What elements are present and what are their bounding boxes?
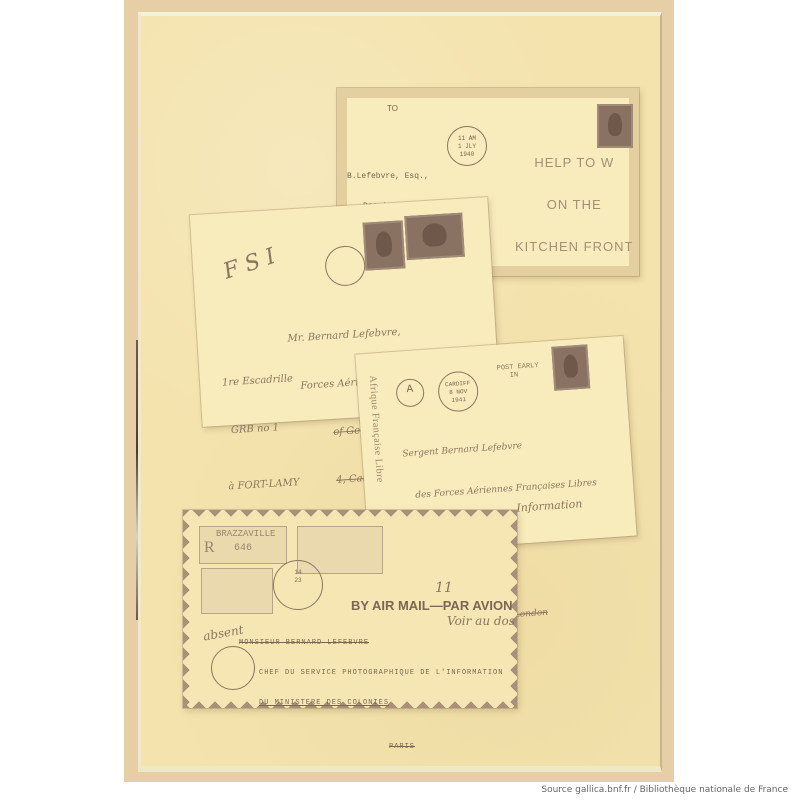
fsi-annotation: F S I	[220, 244, 278, 285]
address-line: Mr. Bernard Lefebvre,	[287, 320, 482, 348]
registration-label: R BRAZZAVILLE 646	[199, 526, 287, 564]
note-line: 1re Escadrille	[222, 371, 294, 391]
cardiff-postmark: CARDIFF8 NOV1941	[437, 370, 480, 413]
number-note: 11	[435, 580, 453, 596]
george-vi-stamp	[597, 104, 633, 148]
slogan-line-3: KITCHEN FRONT	[515, 240, 633, 254]
address-line: DU MINISTERE DES COLONIES	[239, 698, 503, 708]
address-line: B.Lefebvre, Esq.,	[347, 172, 485, 182]
address-line: MONSIEUR BERNARD LEFEBVRE	[239, 638, 503, 648]
air-mail-banner: BY AIR MAIL—PAR AVION	[351, 598, 513, 613]
george-vi-stamp	[363, 220, 406, 270]
voir-au-dos-note: Voir au dos	[447, 614, 515, 628]
registration-city: BRAZZAVILLE	[216, 529, 275, 539]
postmark	[211, 646, 255, 690]
envelope-air-mail: R BRAZZAVILLE 646 14 23 11 BY AIR MAIL—P…	[183, 510, 517, 708]
registration-number: 646	[234, 543, 252, 554]
to-label: TO	[387, 104, 398, 113]
postmark-day: 23	[274, 577, 322, 585]
slogan-line-1: HELP TO W	[515, 156, 633, 170]
postmark-date: 1 JLY	[448, 143, 486, 151]
typed-address: MONSIEUR BERNARD LEFEBVRE CHEF DU SERVIC…	[239, 618, 503, 772]
post-early-slogan: POST EARLY IN	[496, 362, 539, 381]
centenary-stamp-pair	[404, 213, 465, 260]
brazzaville-postmark: 14 23	[273, 560, 323, 610]
registration-r: R	[204, 539, 215, 557]
airmail-border-top	[183, 510, 517, 520]
aef-stamp	[201, 568, 273, 614]
address-line: PARIS	[239, 742, 503, 752]
airmail-border-left	[183, 510, 193, 708]
afrique-francaise-libre-label: Afrique Française Libre	[367, 375, 385, 483]
postmark	[324, 245, 366, 287]
george-vi-stamp	[551, 344, 590, 390]
postmark-time: 11 AM	[448, 135, 486, 143]
address-line: Sergent Bernard Lefebvre	[402, 434, 594, 461]
kitchen-front-slogan: HELP TO W ON THE KITCHEN FRONT	[515, 128, 633, 282]
slogan-line-2: ON THE	[515, 198, 633, 212]
note-line: GRB no 1	[225, 419, 297, 439]
note-line: à FORT-LAMY	[228, 475, 300, 495]
a-postmark: A	[395, 378, 425, 408]
address-line: CHEF DU SERVICE PHOTOGRAPHIQUE DE L'INFO…	[239, 668, 503, 678]
source-credit: Source gallica.bnf.fr / Bibliothèque nat…	[541, 785, 788, 795]
postmark-time: 14	[274, 569, 322, 577]
sender-note: 1re Escadrille GRB no 1 à FORT-LAMY	[220, 339, 302, 527]
